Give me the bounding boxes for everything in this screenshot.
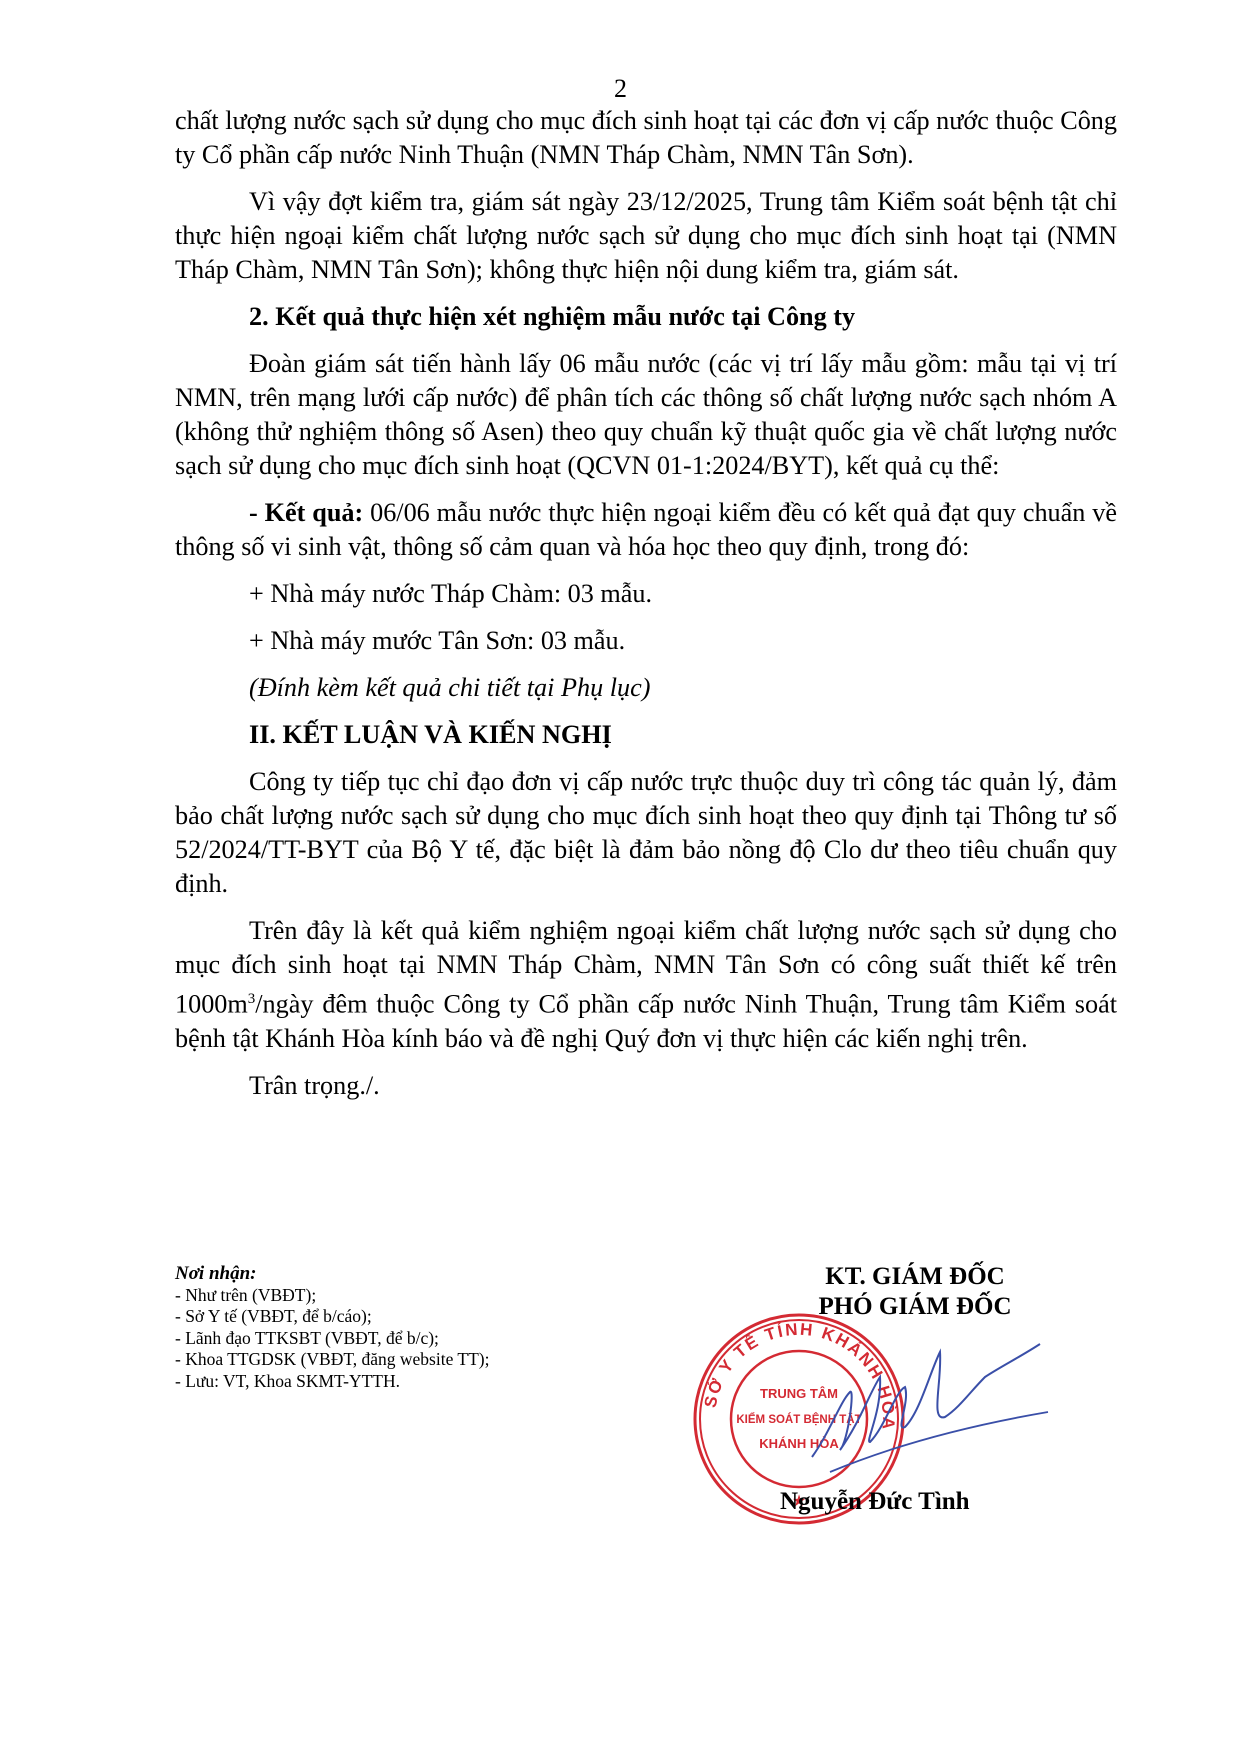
paragraph-recommendation: Công ty tiếp tục chỉ đạo đơn vị cấp nước… — [175, 765, 1117, 901]
recipients-title: Nơi nhận: — [175, 1263, 489, 1285]
paragraph-sampling: Đoàn giám sát tiến hành lấy 06 mẫu nước … — [175, 347, 1117, 483]
signature-block: KT. GIÁM ĐỐC PHÓ GIÁM ĐỐC SỞ Y TẾ TỈNH K… — [690, 1262, 1090, 1322]
list-item-thap-cham: + Nhà máy nước Tháp Chàm: 03 mẫu. — [175, 577, 1117, 611]
section-heading-conclusion: II. KẾT LUẬN VÀ KIẾN NGHỊ — [175, 718, 1117, 752]
result-label: - Kết quả: — [249, 498, 363, 527]
section-heading-results: 2. Kết quả thực hiện xét nghiệm mẫu nước… — [175, 300, 1117, 334]
paragraph-continuation: chất lượng nước sạch sử dụng cho mục đíc… — [175, 104, 1117, 172]
document-body: chất lượng nước sạch sử dụng cho mục đíc… — [175, 104, 1117, 1103]
signer-name: Nguyễn Đức Tình — [780, 1488, 970, 1516]
signer-title-line1: KT. GIÁM ĐỐC — [690, 1262, 1090, 1292]
attachment-note: (Đính kèm kết quả chi tiết tại Phụ lục) — [175, 671, 1117, 705]
handwritten-signature-icon — [810, 1332, 1050, 1482]
page-number: 2 — [0, 74, 1241, 104]
paragraph-summary: Trên đây là kết quả kiểm nghiệm ngoại ki… — [175, 914, 1117, 1056]
closing-regards: Trân trọng./. — [175, 1069, 1117, 1103]
summary-text-part2: /ngày đêm thuộc Công ty Cổ phần cấp nước… — [175, 990, 1117, 1053]
list-item-tan-son: + Nhà máy mước Tân Sơn: 03 mẫu. — [175, 624, 1117, 658]
recipient-item: - Sở Y tế (VBĐT, để b/cáo); — [175, 1306, 489, 1328]
paragraph-inspection-note: Vì vậy đợt kiểm tra, giám sát ngày 23/12… — [175, 185, 1117, 287]
paragraph-result: - Kết quả: 06/06 mẫu nước thực hiện ngoạ… — [175, 496, 1117, 564]
recipients-block: Nơi nhận: - Như trên (VBĐT); - Sở Y tế (… — [175, 1263, 489, 1392]
recipient-item: - Như trên (VBĐT); — [175, 1285, 489, 1307]
recipient-item: - Lưu: VT, Khoa SKMT-YTTH. — [175, 1371, 489, 1393]
recipient-item: - Lãnh đạo TTKSBT (VBĐT, để b/c); — [175, 1328, 489, 1350]
recipient-item: - Khoa TTGDSK (VBĐT, đăng website TT); — [175, 1349, 489, 1371]
